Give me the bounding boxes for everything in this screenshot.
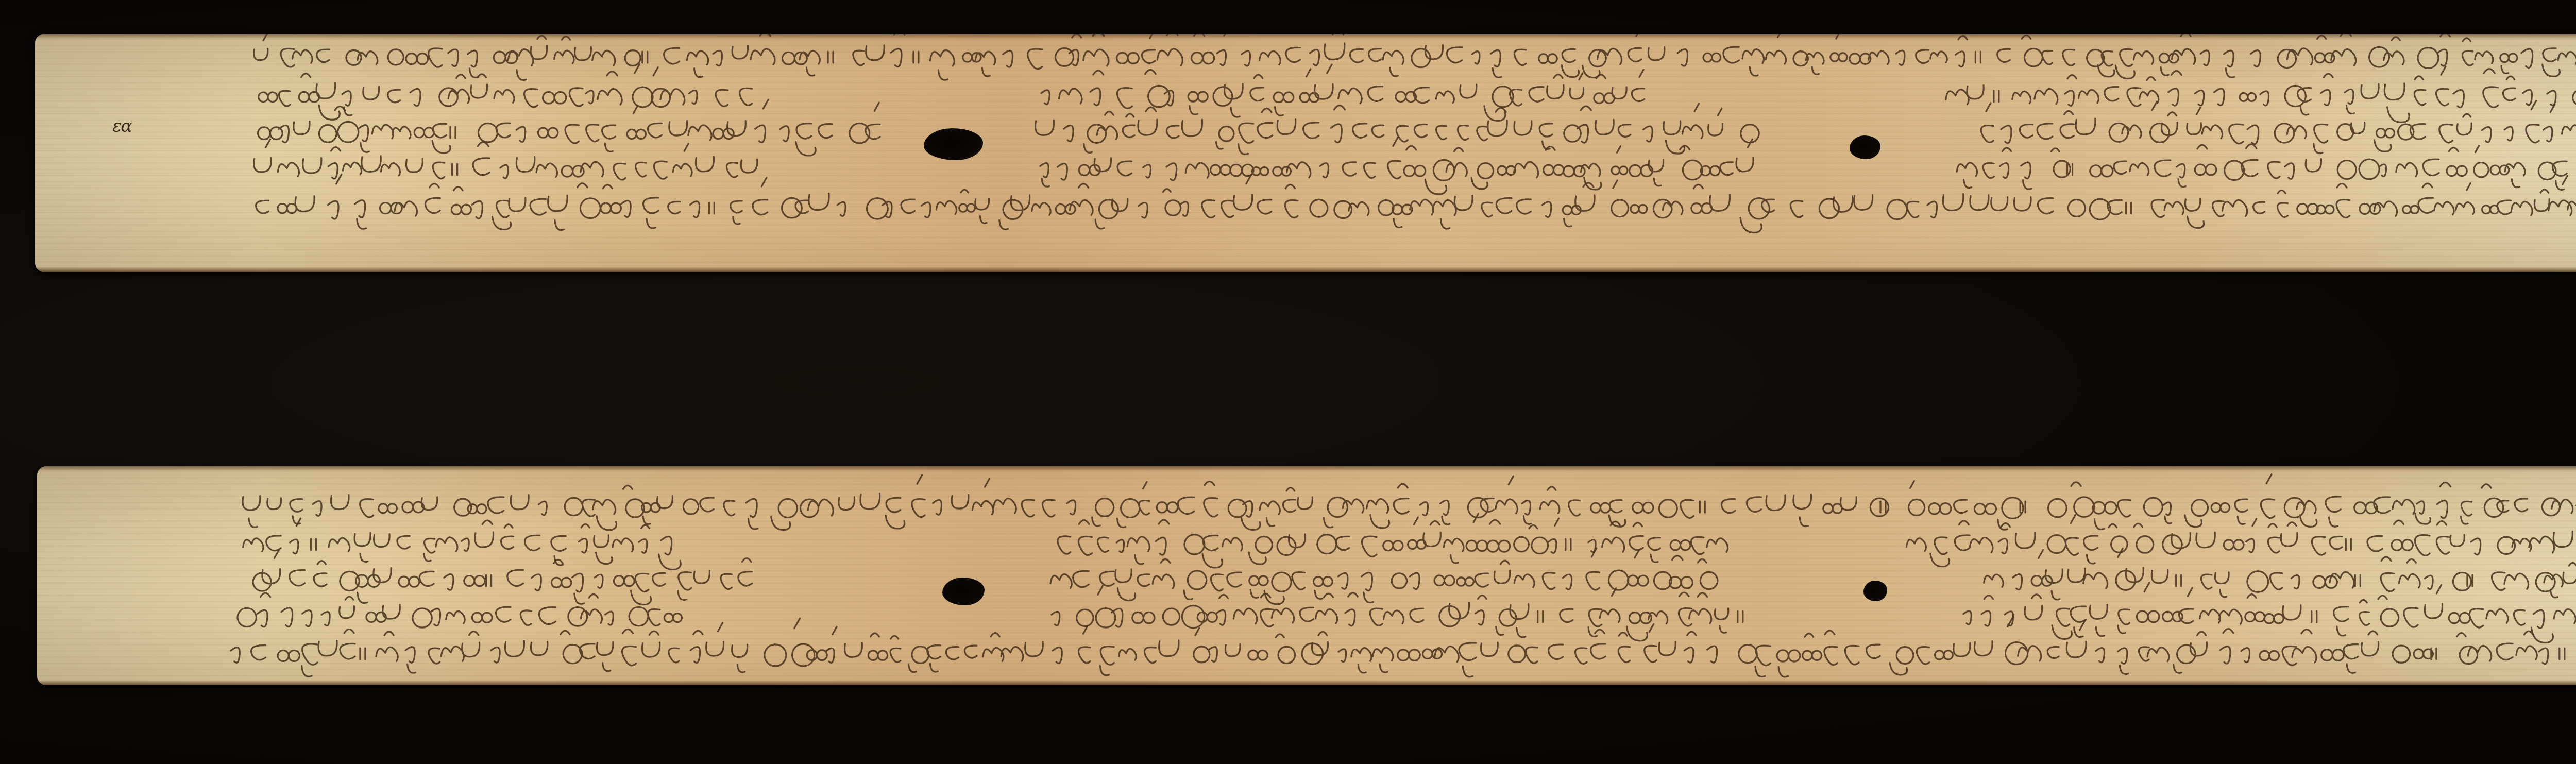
bottom-palm-leaf: handwritten Burmese script (untranscribe… — [37, 466, 2576, 685]
script-text-block: handwritten Burmese script (untranscribe… — [37, 466, 2576, 685]
string-hole-1 — [924, 128, 983, 160]
script-text-block: handwritten Burmese script (untranscribe… — [35, 34, 2576, 272]
script-line-2: handwritten Burmese script (untranscribe… — [243, 514, 2576, 569]
top-palm-leaf: handwritten Burmese script (untranscribe… — [35, 34, 2576, 272]
handwritten-script: handwritten Burmese script (untranscribe… — [35, 34, 2576, 272]
script-line-4: handwritten Burmese script (untranscribe… — [254, 138, 2576, 194]
script-line-3: handwritten Burmese script (untranscribe… — [253, 548, 2576, 605]
script-line-2: handwritten Burmese script (untranscribe… — [259, 64, 2576, 122]
script-line-3: handwritten Burmese script (untranscribe… — [258, 99, 2576, 156]
script-line-4: handwritten Burmese script (untranscribe… — [238, 583, 2575, 643]
string-hole-1 — [942, 578, 985, 605]
script-line-5: handwritten Burmese script (untranscribe… — [256, 174, 2576, 232]
script-line-1: handwritten Burmese script (untranscribe… — [243, 474, 2576, 530]
string-hole-2 — [1850, 135, 1880, 159]
handwritten-script: handwritten Burmese script (untranscribe… — [37, 466, 2576, 685]
script-line-1: handwritten Burmese script (untranscribe… — [254, 34, 2576, 80]
leaf-number-mark: ɛɑ — [112, 116, 131, 137]
string-hole-2 — [1863, 581, 1887, 601]
